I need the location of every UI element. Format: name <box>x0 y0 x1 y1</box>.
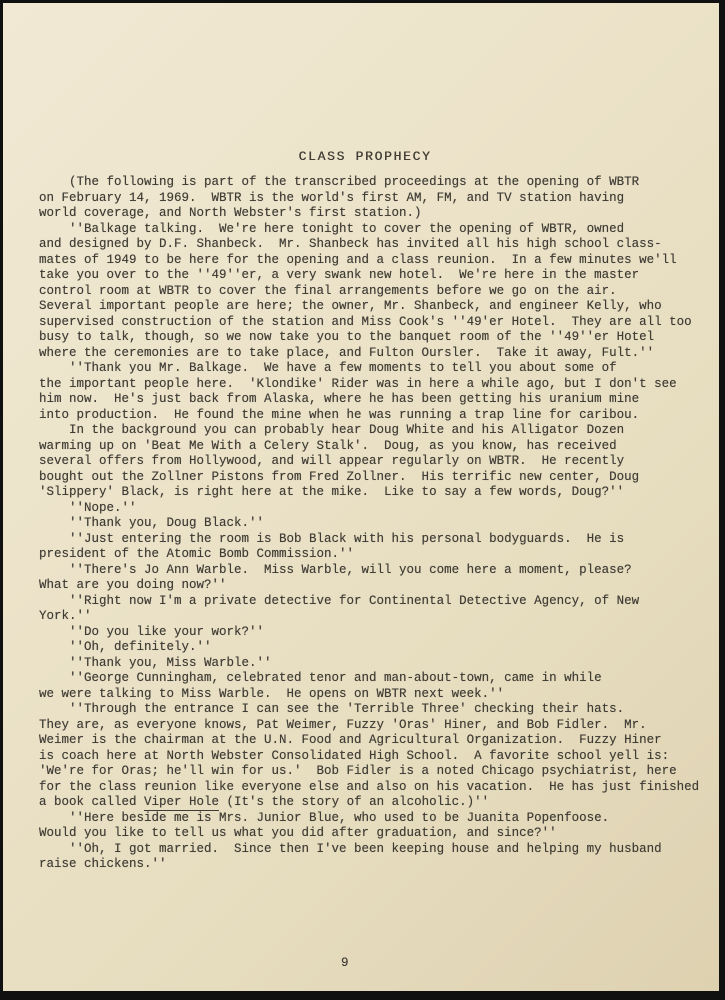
text-segment-prefix: a book called <box>39 795 144 809</box>
text-line-book-title: a book called Viper Hole (It's the story… <box>39 795 709 811</box>
text-segment-suffix: (It's the story of an alcoholic.)'' <box>219 795 489 809</box>
text-block-lower: ''Here beside me is Mrs. Junior Blue, wh… <box>39 811 709 873</box>
yearbook-scanned-page: CLASS PROPHECY (The following is part of… <box>3 3 719 991</box>
page-number: 9 <box>341 956 349 970</box>
prophecy-text: (The following is part of the transcribe… <box>39 175 709 873</box>
book-title-underlined: Viper Hole <box>144 795 219 811</box>
text-block-upper: (The following is part of the transcribe… <box>39 175 709 795</box>
page-title: CLASS PROPHECY <box>39 149 691 164</box>
